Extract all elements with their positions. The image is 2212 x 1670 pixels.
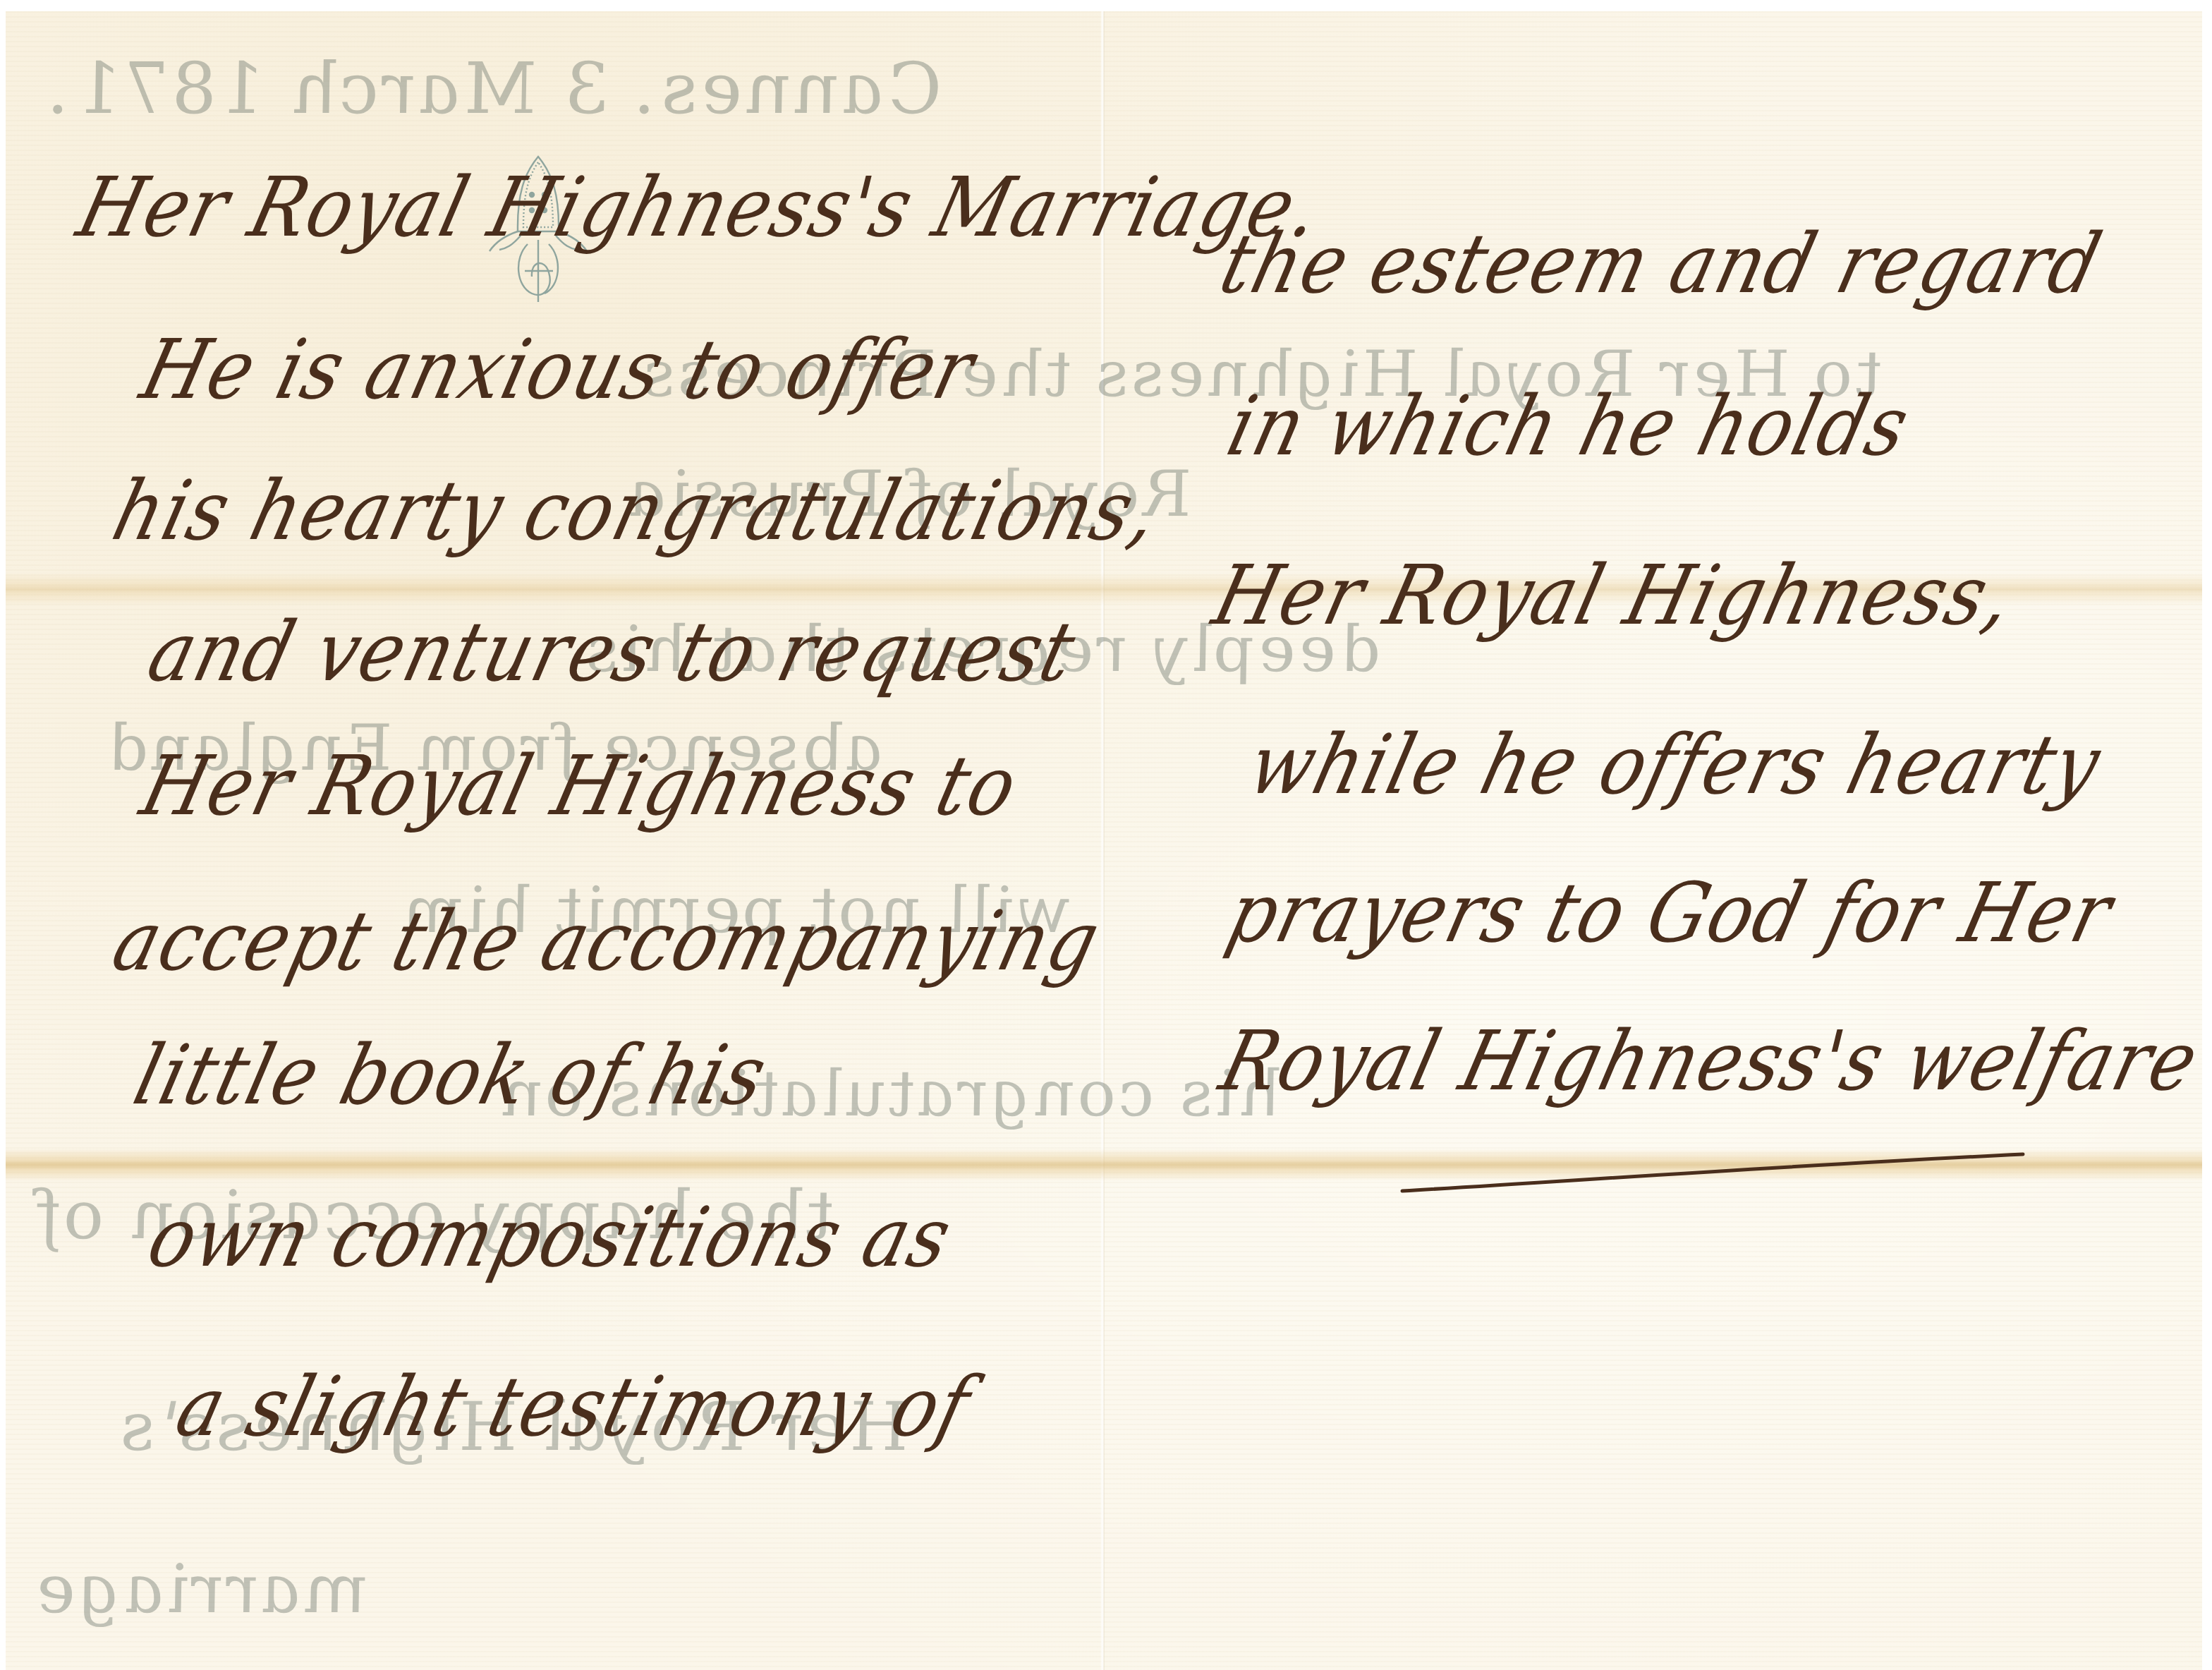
bleed-through-date: Cannes. 3 March 1871. [40,54,949,124]
letter-line: little book of his [127,1034,775,1116]
letter-line: the esteem and regard [1213,223,2110,305]
letter-line: Her Royal Highness's Marriage. [71,167,1329,248]
scan-margin [0,0,2212,11]
letter-line: own compositions as [141,1197,959,1278]
letter-line: He is anxious to offer [134,329,983,411]
letter-line: Her Royal Highness, [1206,555,2022,636]
letter-line: Her Royal Highness to [134,745,1026,827]
bleed-through-line: marriage [27,1556,375,1623]
letter-line: and ventures to request [141,611,1083,693]
letter-line: a slight testimony of [169,1366,978,1448]
letter-sheet: Cannes. 3 March 1871. to Her Royal Highn… [6,11,2202,1670]
letter-line: prayers to God for Her [1220,872,2120,954]
letter-line: accept the accompanying [106,900,1108,982]
letter-line: while he offers hearty [1241,724,2109,806]
letter-line: Royal Highness's welfare [1213,1020,2202,1102]
underline-flourish [1388,1140,2037,1211]
letter-line: in which he holds [1220,385,1917,467]
center-fold-line [1100,11,1105,1670]
letter-line: his hearty congratulations, [106,470,1167,552]
